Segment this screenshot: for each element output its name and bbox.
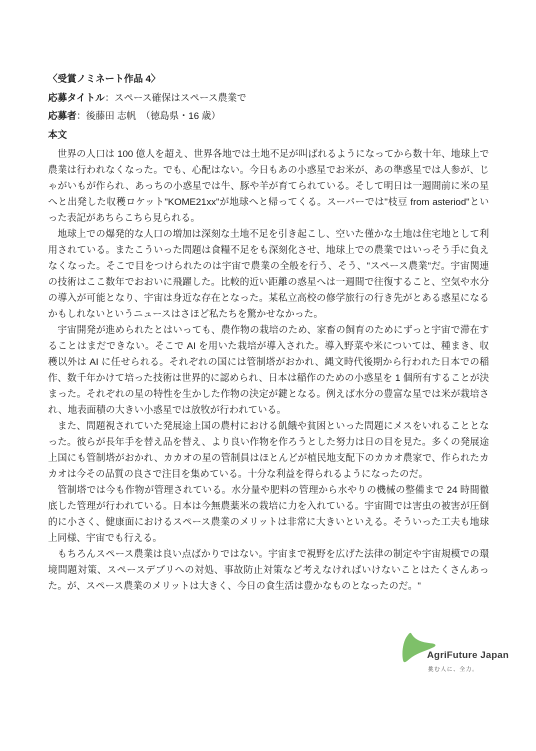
entry-author-value: ：後藤田 志帆 （徳島県・16 歳） (77, 111, 221, 122)
entry-header: 〈受賞ノミネート作品 4〉 応募タイトル：スペース確保はスペース農業で 応募者：… (48, 71, 489, 145)
agrifuture-logo: AgriFuture Japan 挑む人に、全力。 (398, 631, 523, 681)
agrifuture-wordmark: AgriFuture Japan (427, 650, 509, 661)
essay-paragraph-5: 管制塔では今も作物が管理されている。水分量や肥料の管理から水やりの機械の整備まで… (48, 483, 489, 547)
agrifuture-tagline: 挑む人に、全力。 (428, 665, 478, 673)
entry-author-line: 応募者：後藤田 志帆 （徳島県・16 歳） (48, 108, 489, 127)
essay-paragraph-4: また、問題視されていた発展途上国の農村における飢餓や貧困といった問題にメスをいれ… (48, 419, 489, 483)
nominee-heading: 〈受賞ノミネート作品 4〉 (48, 71, 489, 90)
entry-author-label: 応募者 (48, 111, 77, 122)
entry-title-line: 応募タイトル：スペース確保はスペース農業で (48, 90, 489, 109)
essay-paragraph-2: 地球上での爆発的な人口の増加は深刻な土地不足を引き起こし、空いた僅かな土地は住宅… (48, 227, 489, 323)
essay-paragraph-6: もちろんスペース農業は良い点ばかりではない。宇宙まで視野を広げた法律の制定や宇宙… (48, 547, 489, 595)
body-heading: 本文 (48, 127, 489, 146)
essay-body: 世界の人口は 100 億人を超え、世界各地では土地不足が叫ばれるようになってから… (48, 147, 489, 595)
entry-title-label: 応募タイトル (48, 93, 105, 104)
essay-paragraph-1: 世界の人口は 100 億人を超え、世界各地では土地不足が叫ばれるようになってから… (48, 147, 489, 227)
entry-title-value: ：スペース確保はスペース農業で (105, 93, 247, 104)
document-page: 〈受賞ノミネート作品 4〉 応募タイトル：スペース確保はスペース農業で 応募者：… (0, 0, 536, 751)
essay-paragraph-3: 宇宙開発が進められたとはいっても、農作物の栽培のため、家畜の飼育のためにずっと宇… (48, 323, 489, 419)
